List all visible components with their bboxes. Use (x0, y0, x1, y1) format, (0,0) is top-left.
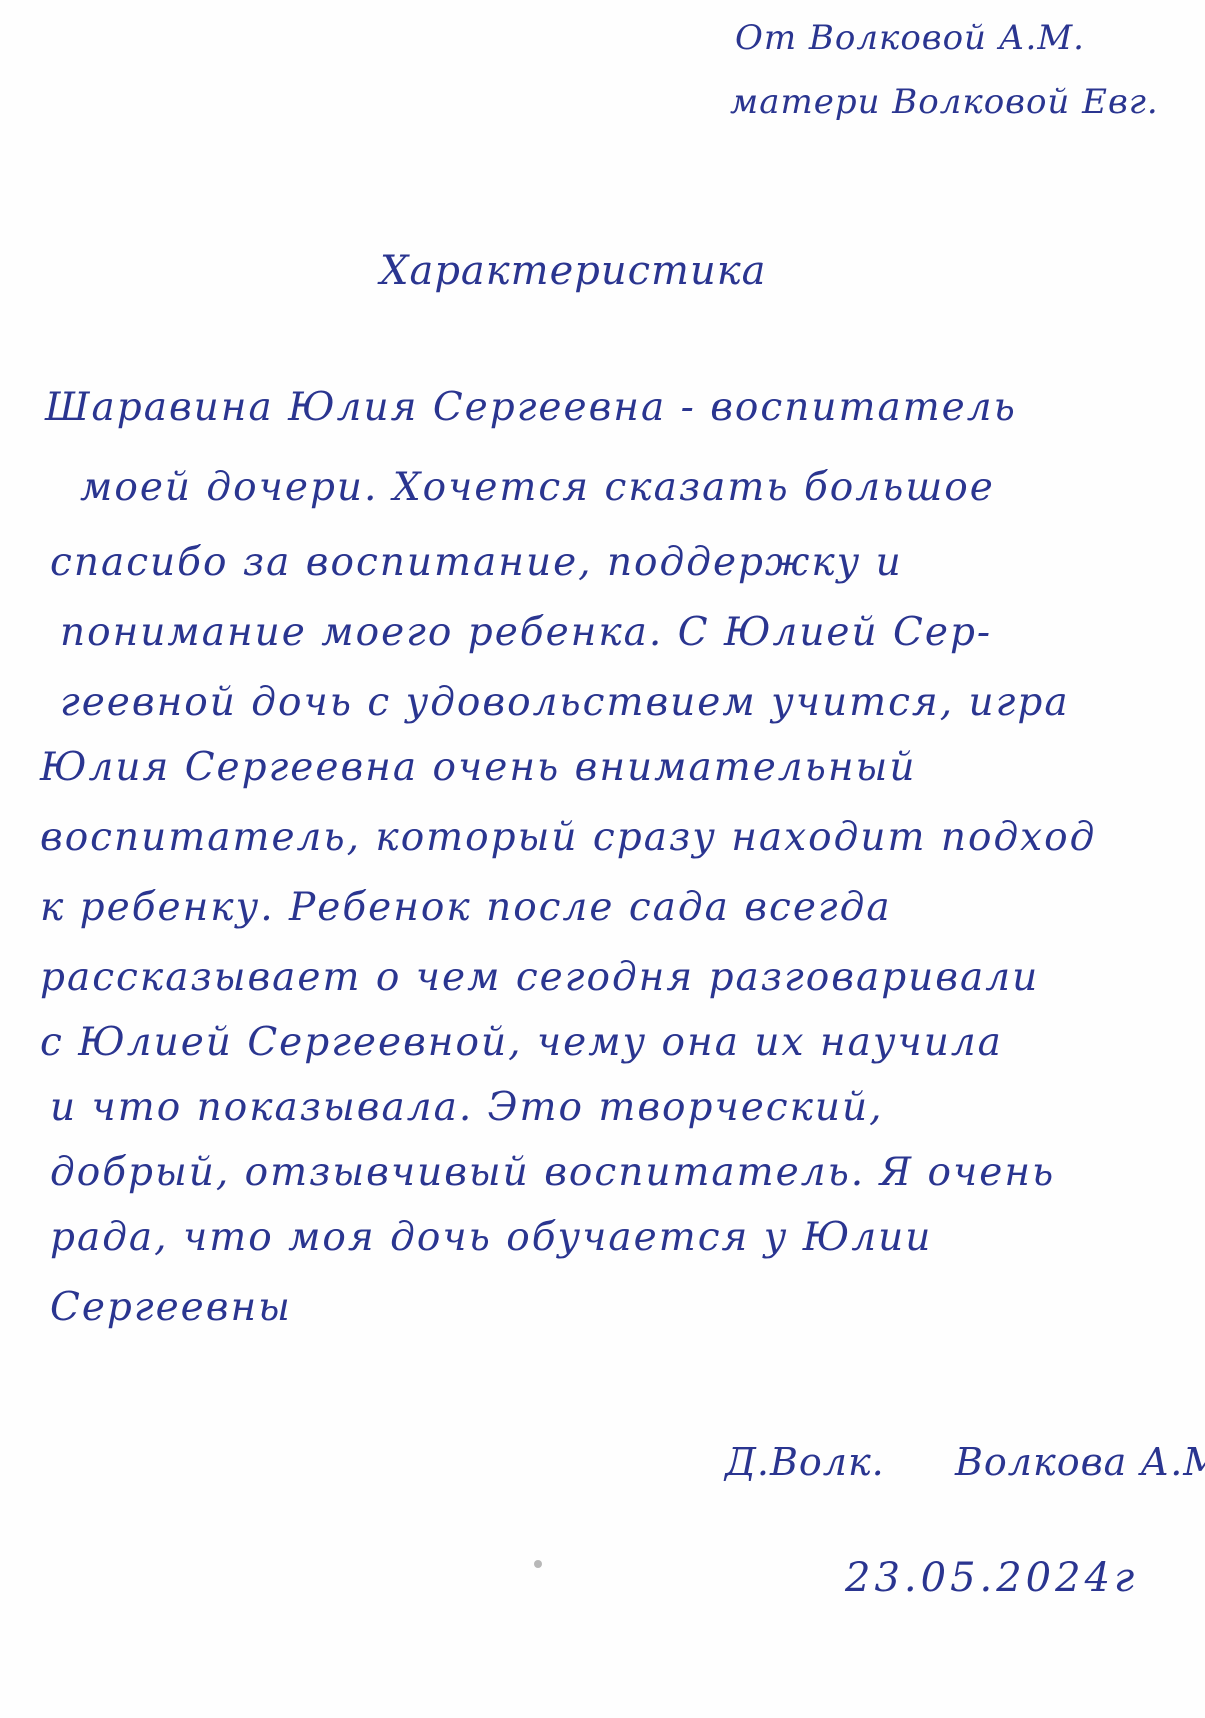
paper-speck (534, 1560, 542, 1568)
body-line: к ребенку. Ребенок после сада всегда (40, 885, 892, 930)
sender-line: От Волковой А.М. (735, 18, 1085, 58)
body-line: Сергеевны (50, 1285, 292, 1330)
body-line: воспитатель, который сразу находит подхо… (40, 815, 1096, 860)
body-line: с Юлией Сергеевной, чему она их научила (40, 1020, 1003, 1065)
body-line: и что показывала. Это творческий, (50, 1085, 884, 1130)
sender-relation-line: матери Волковой Евг. (730, 82, 1159, 122)
signature-mark: Д.Волк. (725, 1440, 885, 1484)
signature-name: Волкова А.М. (955, 1440, 1205, 1484)
body-line: Шаравина Юлия Сергеевна - воспитатель (45, 385, 1017, 430)
body-line: моей дочери. Хочется сказать большое (80, 465, 995, 510)
body-line: спасибо за воспитание, поддержку и (50, 540, 903, 585)
body-line: рассказывает о чем сегодня разговаривали (40, 955, 1039, 1000)
body-line: понимание моего ребенка. С Юлией Сер- (60, 610, 992, 655)
body-line: рада, что моя дочь обучается у Юлии (50, 1215, 932, 1260)
handwritten-letter-page: От Волковой А.М. матери Волковой Евг. Ха… (0, 0, 1205, 1718)
body-line: Юлия Сергеевна очень внимательный (40, 745, 916, 790)
document-title: Характеристика (380, 248, 766, 294)
body-line: добрый, отзывчивый воспитатель. Я очень (50, 1150, 1055, 1195)
body-line: геевной дочь с удовольствием учится, игр… (60, 680, 1070, 725)
document-date: 23.05.2024г (845, 1555, 1138, 1601)
